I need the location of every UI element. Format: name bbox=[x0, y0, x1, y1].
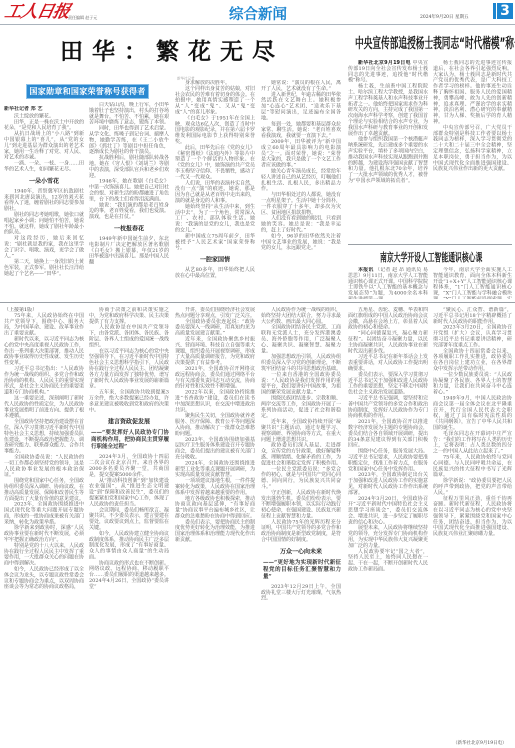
paragraph: 全国政协委员说：“人民政协的一切工作都必须坚持党的领导，这是人民政协事业发展的根… bbox=[4, 454, 84, 478]
paragraph: 徐学新来到政协时，深感“人民政协事业要在新时代不断发展，必须牢牢把握正确政治方向… bbox=[4, 525, 84, 543]
paragraph: 人们说，田华的表演朴实自然，没有一点“演”的痕迹。她说，那是因为自己就是从老百姓… bbox=[175, 180, 255, 204]
newspaper-logo: 工人日报 bbox=[3, 2, 71, 22]
paragraph: 全国政协团结各民主党派、工商联和无党派人士，充分发挥港澳委员、海外侨胞等作用，广… bbox=[261, 325, 341, 354]
paragraph: 她说：“我们演的都是老百姓身边的事，老百姓爱看，我们也爱演。演戏，也是在打仗。” bbox=[89, 202, 169, 220]
paragraph: 如今，96岁的田华依然关注着中国文艺事业的发展，她说：“我是党的女儿，永远跟党走… bbox=[261, 233, 341, 251]
paragraph: 2023年，全国政协围绕加强基层医疗卫生服务体系建设召开专题协商会，委员们提出的… bbox=[175, 437, 255, 461]
paragraph: 人民政协作为统一战线的组织，始终坚持大团结大联合，努力寻求最大公约数、画出最大同… bbox=[261, 307, 341, 325]
lead-story-column-2: 白天钻山沟，晚上行军，小田华饿着肚子也坚持演出，村头的打谷场就是舞台。不怕苦、不… bbox=[89, 102, 169, 298]
dateline: 新华社北京9月19日电 bbox=[358, 60, 411, 66]
lead-story-column-3: 身求解放的决胜年。这个同样出身贫苦的姑娘，对旧社会农民的苦难有着切身的体会。在拍… bbox=[175, 80, 255, 298]
paragraph: 2024年3月，全国政协十四届二次会议在北京召开。来自各界的2000多名委员齐聚… bbox=[89, 454, 169, 478]
paragraph: 全国政协十四届常委会以来，各项履职工作扎实推进，政协委员在各自岗位上建功立业，在… bbox=[433, 348, 512, 372]
paragraph: 田华，正是一株在沃土中开放的花朵，“是党和人民培育了我”。 bbox=[4, 119, 84, 131]
paragraph: 围绕中心任务，服务发展大局。习近平总书记要求，人民政协要把准职能定位，找准工作着… bbox=[348, 449, 428, 473]
paragraph: 如今，人民政协已经形成了以全体会议为龙头，以专题议政性常委会议和专题协商会为重点… bbox=[4, 567, 84, 591]
paragraph: 习近平总书记强调，要坚持和完善中国共产党领导的多党合作和政治协商制度，发挥好人民… bbox=[348, 395, 428, 419]
subheading: 万众一心向未来 bbox=[261, 548, 341, 555]
side-story-headline: 中央宣传部追授杨士莪同志“时代楷模”称号 bbox=[355, 36, 515, 53]
continued-story-column-2: 协商于决策之前和决策实施之中，为党和政府科学决策、民主决策提供了有力支撑。人民政… bbox=[89, 307, 169, 748]
lead-story-column-4: 她常说：“演员的根在人民，离开了人民，艺术就没有了生命。”进入新世纪，年逾古稀的… bbox=[261, 80, 341, 298]
paragraph: 新中国成立75周年前夕，田华被授予“人民艺术家”国家荣誉称号。 bbox=[175, 233, 255, 251]
honor-banner: 国家勋章和国家荣誉称号获得者 bbox=[26, 84, 149, 99]
brief-story-column-2: 今年，南京大学全面实施人工智能通识教育，面向全体本科新生开设“1+X+Y”人工智… bbox=[433, 267, 512, 299]
paragraph: 2023年12月29日上午，全国政协礼堂三楼大厅灯光璀璨，气氛热烈。 bbox=[261, 584, 341, 602]
paragraph: 一滴、一朵、一枝、一身……田华的艺术人生，如同繁花无尽。 bbox=[4, 161, 84, 173]
paragraph: 人民政协75年的光辉历程充分证明，中国共产党领导的多党合作和政治协商制度是新型政… bbox=[261, 519, 341, 543]
paragraph: 1949年9月，中国人民政治协商会议第一届全体会议在北平隆重召开，代行全国人民代… bbox=[433, 395, 512, 430]
paragraph: 人们没有看到她的眼泪，只看到她的笑容。她总是说：“我是幸运的，赶上了好时代。” bbox=[261, 216, 341, 234]
paragraph: 杨士莪同志的先进事迹宣传报道后，在社会各界引起强烈反响。大家认为，杨士莪同志是新… bbox=[433, 60, 512, 125]
section-title: 综合新闻 bbox=[229, 7, 287, 23]
paragraph: 每到一处，她都要和基层群众拉家常、聊生活。她说：“老百姓喜欢看我演戏，我就要一直… bbox=[261, 121, 341, 139]
paragraph: 委员们表示，要深入学习贯彻习近平总书记关于加强和改进人民政协工作的重要思想，坚定… bbox=[348, 372, 428, 396]
subheading: 建言资政促发展 bbox=[89, 418, 169, 425]
byline: 新华社记者 郑 艺 bbox=[4, 106, 84, 112]
brief-story-column-1: 本报讯 （记者 赵 昂 通讯员 易思思）9月11日，南京大学人工智能通识核心课正… bbox=[348, 267, 428, 299]
paragraph: 2024年，全国政协还围绕推进新型工业化等重点课题开展调研，为实现高质量发展贡献… bbox=[175, 460, 255, 478]
paragraph: 会议期间，委员们畅所欲言、凝聚共识。不少委员表示，建言要建在要处，议政要议到点上… bbox=[89, 507, 169, 531]
paragraph: 2023年，全国政协制定出台关于加强和改进人民政协工作的实施意见，对新时代人民政… bbox=[348, 472, 428, 496]
paragraph: 徐学新说：“政协委员要把人民的呼声带到政协，把党的声音带给人民。” bbox=[433, 478, 512, 496]
paragraph: 从抗日战场上的“小八路”到新中国银幕上的“喜儿”，从“党的女儿”到走进基层为群众… bbox=[4, 131, 84, 160]
paragraph: 今年，南京大学全面实施人工智能通识教育，面向全体本科新生开设“1+X+Y”人工智… bbox=[433, 267, 512, 299]
paragraph: 守正创新，人民政协在新时代焕发出蓬勃生机。委员们纷纷表示，要不断增强履职本领，以… bbox=[261, 490, 341, 519]
section-divider bbox=[0, 302, 515, 303]
paragraph: 从“推动科技创新”到“加快建设农业强国”，从“推进生态文明建设”到“保障和改善民… bbox=[89, 478, 169, 507]
paragraph: 她常说：“演员的根在人民，离开了人民，艺术就没有了生命。” bbox=[261, 80, 341, 92]
side-story-column-2: 杨士莪同志的先进事迹宣传报道后，在社会各界引起强烈反响。大家认为，杨士莪同志是新… bbox=[433, 60, 512, 240]
paragraph: 人民政协要牢记“国之大者”，坚持人民至上，始终同人民想在一起、干在一起，不断开创… bbox=[348, 549, 428, 573]
side-story-column-1: 新华社北京9月19日电 中央宣传部19日向全社会宣传发布杨士莪同志的先进事迹，追… bbox=[348, 60, 428, 240]
paragraph: 中央宣传部号召，广大党员干部群众特别是科技工作者要以杨士莪同志为榜样，深入学习贯… bbox=[433, 125, 512, 172]
paragraph: 2021年，全国政协召开以推进数字经济发展为主题的专题协商会，委员们结合各自领域… bbox=[348, 419, 428, 448]
paragraph: 协商议政的形式也在不断创新。网络议政、远程协商、移动履职平台……委员们履职的渠道… bbox=[89, 560, 169, 589]
paragraph: 近年来，全国政协持续开展“凝聚共识”主题活动，通过专题学习、视察调研、界别协商等… bbox=[261, 419, 341, 443]
paragraph: 从艺80多年，田华始终把人民放在心中最高位置， bbox=[175, 267, 255, 279]
paragraph: 1949年新中国诞生前夕，东北电影制片厂决定把解放区著名歌剧《白毛女》搬上银幕，… bbox=[89, 236, 169, 265]
paragraph: 在以习近平同志为核心的党中央坚强领导下，在习近平新时代中国特色社会主义思想科学指… bbox=[89, 348, 169, 389]
paragraph: 五角星、齿轮、麦穗、华表和四面红旗组成的中国人民政治协商会议会徽，高悬在会场上方… bbox=[348, 307, 428, 331]
paragraph: 1946年，她在歌剧《白毛女》中第一次饰演喜儿。她把自己对旧社会的恨、对新生活的… bbox=[89, 179, 169, 203]
paragraph: 围绕民族团结进步、宗教和顺、两岸交流等工作，全国政协开展了一系列协商活动，促进了… bbox=[261, 395, 341, 419]
paragraph: 这一重要论述，深刻阐明了新时代人民政协的性质定位，为人民政协事业发展指明了前进方… bbox=[4, 395, 84, 419]
paragraph: 协商于决策之前和决策实施之中，为党和政府科学决策、民主决策提供了有力支撑。 bbox=[89, 307, 169, 325]
paragraph: 75年来，人民政协始终与党同心同德、与人民同呼吸共命运，在民族复兴的伟大征程中书… bbox=[433, 454, 512, 478]
paragraph: 《白毛女》于1951年在全国上映，观众达6亿人次，创造了当时中国电影的观影纪录，… bbox=[175, 115, 255, 144]
continued-story-column-4: 人民政协作为统一战线的组织，始终坚持大团结大联合，努力寻求最大公约数、画出最大同… bbox=[261, 307, 341, 748]
paragraph: 2024年3月20日，全国政协召开“习近平新时代中国特色社会主义思想学习座谈会”… bbox=[348, 496, 428, 525]
paragraph: 毛泽东同志在开幕词中庄严宣告：“我们的工作将写在人类的历史上，它将表明：占人类总… bbox=[433, 431, 512, 455]
paragraph: 委员们表示，要把协商民主的制度优势更好转化为治理效能，为推进国家治理体系和治理能… bbox=[175, 519, 255, 543]
side-story-divider bbox=[348, 244, 512, 245]
dateline: 本报讯 bbox=[358, 267, 373, 273]
paragraph: 75年来，人民政协始终在中国共产党领导下，围绕中心、服务大局，为中国革命、建设、… bbox=[4, 313, 84, 337]
lead-story-title: 田华：繁花无尽 bbox=[60, 38, 284, 66]
paragraph: 2021年，全国政协召开网络议政远程协商会，委员们通过网络平台与有关部委负责同志… bbox=[175, 366, 255, 390]
paragraph: 开讲，委员们围绕经济社会发展热点问题分享观点，引发广泛关注。 bbox=[175, 307, 255, 319]
paragraph: 2009年，田华被评为“新中国成立60周年最具影响力的电影演员”之一。面对荣誉，… bbox=[261, 139, 341, 168]
paragraph: 习近平总书记在新年茶话会上发表重要讲话，对人民政协工作提出明确要求。 bbox=[348, 354, 428, 372]
paragraph: 五年来，全国政协共收到提案3万余件，绝大多数提案已经办复，许多意见建议被吸收到党… bbox=[89, 390, 169, 414]
paragraph: 人民政协是在中国共产党领导下，由各党派、各团体、各民族、各阶层、各界人士组成的爱… bbox=[89, 325, 169, 349]
page-marker-bar bbox=[493, 3, 496, 19]
paragraph: 全国政协委员张连起说：“政协委员要深入一线调研，用真知灼见为高质量发展建言献策。… bbox=[175, 319, 255, 337]
paragraph: 围绕党和国家中心任务，全国政协组织委员深入调研、协商议政，在推动高质量发展、保障… bbox=[4, 478, 84, 502]
paragraph: 新华社北京9月19日电 中央宣传部19日向全社会宣传发布杨士莪同志的先进事迹，追… bbox=[348, 60, 428, 84]
paragraph: 加强思想政治引领，人民政协组织委员深入学习党的创新理论，不断筑牢团结奋斗的共同思… bbox=[261, 354, 341, 372]
paragraph: 白天钻山沟，晚上行军，小田华饿着肚子也坚持演出，村头的打谷场就是舞台。不怕苦、不… bbox=[89, 102, 169, 126]
paragraph: 近年来，全国政协聚焦乡村振兴、营商环境、科技自立自强等重大课题，组织委员开展视察… bbox=[175, 336, 255, 365]
pull-quote: ——“要发挥好人民政协专门协商机构作用，把协商民主贯穿履行职能全过程” bbox=[89, 429, 169, 450]
subheading: 一腔家国情 bbox=[175, 256, 255, 263]
issue-date: 2024年9月20日 星期五 bbox=[420, 13, 468, 20]
paragraph: 杨士莪，生前系中国工程院院士、哈尔滨工程大学教授，是我国水声工程学科奠基人和水声… bbox=[348, 84, 428, 137]
paragraph: 一项项建议落地生根，一件件提案转化为政策，人民政协在国家治理体系中发挥着越来越重… bbox=[175, 478, 255, 496]
paragraph: 2022年以来，全国政协持续推进“书香政协”建设，委员们在读书中加深思想认识，在… bbox=[175, 390, 255, 414]
paragraph: 一位来自香港的全国政协委员说：“人民政协是我们发挥作用的重要平台，我们要讲好中国… bbox=[261, 372, 341, 396]
continued-story-column-6: “聚民心、汇众智、谱新篇”，习近平总书记用18个字精辟概括了新时代人民政协的职能… bbox=[433, 307, 512, 736]
paragraph: 本报讯 （记者 赵 昂 通讯员 易思思）9月11日，南京大学人工智能通识核心课正… bbox=[348, 267, 428, 299]
brief-story-headline: 南京大学开设人工智能通识核心课 bbox=[380, 251, 482, 264]
paragraph: 他参与组织我国第一个核潜艇声呐系统研发，先后建成多个重要的水声实验平台，填补了多… bbox=[348, 137, 428, 184]
paragraph: 征程万里风正劲，重任千钧再奋蹄。新时代新征程，人民政协将在以习近平同志为核心的党… bbox=[433, 496, 512, 537]
paragraph: 政协委员们深入基层、走进群众，宣传党的方针政策，做好解疑释惑、理顺情绪、化解矛盾… bbox=[261, 443, 341, 467]
paragraph: 这个同样出身贫苦的姑娘，对旧社会农民的苦难有着切身的体会。在拍摄中，她用真情实感… bbox=[175, 86, 255, 115]
paragraph: 一位民主党派委员说：“多党合作的初心，就是与中国共产党同心同德、同向同行，为民族… bbox=[261, 466, 341, 490]
paragraph: 第二天，她换上一身洗旧的土黄色军装，正式参军。剧社社长汪洋给她起了个艺名——“田… bbox=[4, 259, 84, 277]
lead-story-column-1: 新华社记者 郑 艺沃土绽放的繁花。田华，正是一株在沃土中开放的花朵，“是党和人民… bbox=[4, 106, 84, 298]
paragraph: 她始终坚持“从生活中来，到生活中去”，为了一个角色，常常深入工厂、农村、部队体验… bbox=[175, 204, 255, 233]
pull-quote: ——“更好地为实现新时代新征程党的目标任务汇聚智慧和力量” bbox=[261, 559, 341, 580]
paragraph: 剧社的同志考她唱歌，她张口就唱起家乡小调；问她怕不怕苦，她说不怕。就这样，她成了… bbox=[4, 212, 84, 236]
page-number: 3 bbox=[497, 3, 513, 19]
continued-story-column-3: 开讲，委员们围绕经济社会发展热点问题分享观点，引发广泛关注。全国政协委员张连起说… bbox=[175, 307, 255, 748]
subheading: 一枝报春花 bbox=[89, 225, 169, 232]
continued-story-column-5: 五角星、齿轮、麦穗、华表和四面红旗组成的中国人民政治协商会议会徽，高悬在会场上方… bbox=[348, 307, 428, 748]
paragraph: 聚焦民生关切，全国政协就养老服务、医疗保障、教育公平等问题深入协商，推动解决了一… bbox=[175, 413, 255, 437]
paragraph: 展望未来，人民政协将继续坚持党的领导，充分发挥专门协商机构作用，为实现中华民族伟… bbox=[348, 525, 428, 549]
paragraph: 同时，田华也得到了艺术启蒙。从学文化、练嗓子到记台词、揣摩人物，她勤学苦练，在《… bbox=[89, 126, 169, 155]
paragraph: 她关心青年演员成长，经常给年轻人讲述自己的从艺经历，叮嘱他们扎根生活、扎根人民，… bbox=[261, 168, 341, 192]
paragraph: 如今，人民政协建立健全协商议政制度体系，推动协商民主广泛多层制度化发展，形成了“… bbox=[89, 531, 169, 560]
story-end-dateline: （新华社北京9月19日电） bbox=[453, 739, 507, 746]
paragraph: 对这段经历，她后来回忆说：“剧社就是我的家，我在这里学会了识字、唱歌、演戏，更学… bbox=[4, 236, 84, 260]
paragraph: 习近平总书记指出：“人民政协作为统一战线的组织、多党合作和政治协商的机构、人民民… bbox=[4, 366, 84, 395]
paragraph: 全国政协坚持把政治建设摆在首位，深入学习贯彻习近平新时代中国特色社会主义思想，持… bbox=[4, 419, 84, 454]
paragraph: 1940年，晋察冀军区抗敌剧社来到河北唐县演出，12岁的刘天花看得入了迷，缠着剧… bbox=[4, 188, 84, 212]
masthead-divider bbox=[0, 24, 515, 25]
paragraph: 新时代以来，以习近平同志为核心的党中央高度重视人民政协工作，作出一系列重大决策部… bbox=[4, 336, 84, 365]
subheading: 一朵小雪花 bbox=[4, 177, 84, 184]
paragraph: 此后，田华先后在《党的女儿》《秘密图纸》《法庭内外》等影片中塑造了一个个鲜活的人… bbox=[175, 145, 255, 180]
paragraph: 进入新世纪，年逾古稀的田华依然活跃在文艺舞台上。她积极参加“心连心”艺术团、“送… bbox=[261, 92, 341, 121]
paragraph: 抗战胜利后，剧社随部队转战各地。她在《穷人恨》《刘胡兰》等剧中的表演，深受部队官… bbox=[89, 155, 169, 179]
paragraph: “聚民心、汇众智、谱新篇”，习近平总书记用18个字精辟概括了新时代人民政协的职能… bbox=[433, 307, 512, 325]
paragraph: 2023年，全国政协围绕推进中国式现代化等重大问题开展专题协商，形成的一批协商成… bbox=[4, 502, 84, 526]
paragraph: 地方各级政协也积极探索，推动协商议政向基层延伸，“有事好商量”协商议事平台遍布城… bbox=[175, 496, 255, 520]
paragraph: 2023年3月20日，全国政协召开党组（扩大）会议，认真学习贯彻习近平总书记重要… bbox=[433, 325, 512, 349]
editor-credit: 责任编辑 赵子元 bbox=[68, 15, 97, 21]
paragraph: 与田华相处过的人都说，她没有一点明星架子。生活中她十分简朴，一件衣服穿了十多年，… bbox=[261, 192, 341, 216]
paragraph: 特别是党的十八大以来，人民政协在践行全过程人民民主中发挥了重要作用，一大批群众关… bbox=[4, 543, 84, 567]
paragraph: 一位少数民族委员说：“人民政协凝聚了各民族、各界人士的智慧和力量，让我们在共同奋… bbox=[433, 372, 512, 396]
continued-story-column-1: （上接第1版）75年来，人民政协始终在中国共产党领导下，围绕中心、服务大局，为中… bbox=[4, 307, 84, 748]
paragraph: “同心同德谋复兴，凝心聚力新征程”。以团结奋斗凝聚力量，以民主协商凝聚共识，人民… bbox=[348, 331, 428, 355]
